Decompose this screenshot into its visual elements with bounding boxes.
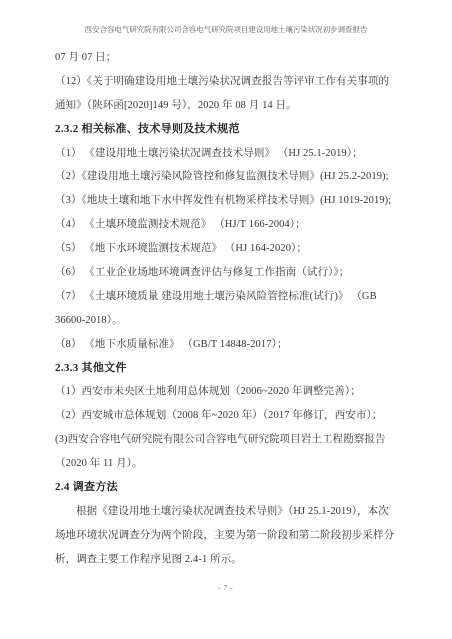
page-footer: - 7 - [0, 584, 452, 596]
body-line: 场地环境状况调查分为两个阶段，主要为第一阶段和第二阶段初步采样分 [55, 524, 400, 548]
body-line: （3）《地块土壤和地下水中挥发性有机物采样技术导则》(HJ 1019-2019)… [55, 189, 400, 213]
running-header-text: 西安合容电气研究院有限公司合容电气研究院项目建设用地土壤污染状况初步调查报告 [85, 24, 368, 35]
body-line: 07 月 07 日； [55, 46, 400, 70]
section-heading: 2.3.2 相关标准、技术导则及技术规范 [55, 118, 400, 142]
body-line: （5） 《地下水环境监测技术规范》 （HJ 164-2020）； [55, 237, 400, 261]
body-line: （8） 《地下水质量标准》 （GB/T 14848-2017）； [55, 333, 400, 357]
body-line: （1）西安市未央区土地利用总体规划（2006~2020 年调整完善）； [55, 380, 400, 404]
body-line: 通知》（陕环函[2020]149 号），2020 年 08 月 14 日。 [55, 94, 400, 118]
running-header: 西安合容电气研究院有限公司合容电气研究院项目建设用地土壤污染状况初步调查报告 [0, 24, 452, 38]
page-number: - 7 - [218, 584, 233, 592]
body-line: （6） 《工业企业场地环境调查评估与修复工作指南（试行）》； [55, 261, 400, 285]
body-line: 36600-2018）。 [55, 309, 400, 333]
body-line: 根据《建设用地土壤污染状况调查技术导则》（HJ 25.1-2019），本次 [55, 500, 400, 524]
body-line: （2020 年 11 月）。 [55, 452, 400, 476]
document-body: 07 月 07 日；（12）《关于明确建设用地土壤污染状况调查报告等评审工作有关… [55, 46, 400, 572]
body-line: （12）《关于明确建设用地土壤污染状况调查报告等评审工作有关事项的 [55, 70, 400, 94]
section-heading: 2.3.3 其他文件 [55, 357, 400, 381]
body-line: （2）西安城市总体规划（2008 年~2020 年）（2017 年修订，西安市）… [55, 404, 400, 428]
body-line: (3)西安合容电气研究院有限公司合容电气研究院项目岩土工程勘察报告 [55, 428, 400, 452]
body-line: （1） 《建设用地土壤污染状况调查技术导则》 （HJ 25.1-2019）； [55, 142, 400, 166]
section-heading: 2.4 调查方法 [55, 476, 400, 500]
document-page: 西安合容电气研究院有限公司合容电气研究院项目建设用地土壤污染状况初步调查报告 0… [0, 0, 452, 639]
body-line: （2）《建设用地土壤污染风险管控和修复监测技术导则》(HJ 25.2-2019)… [55, 165, 400, 189]
body-line: （7） 《土壤环境质量 建设用地土壤污染风险管控标准(试行)》 （GB [55, 285, 400, 309]
body-line: （4） 《土壤环境监测技术规范》 （HJ/T 166-2004）； [55, 213, 400, 237]
body-line: 析，调查主要工作程序见图 2.4-1 所示。 [55, 548, 400, 572]
